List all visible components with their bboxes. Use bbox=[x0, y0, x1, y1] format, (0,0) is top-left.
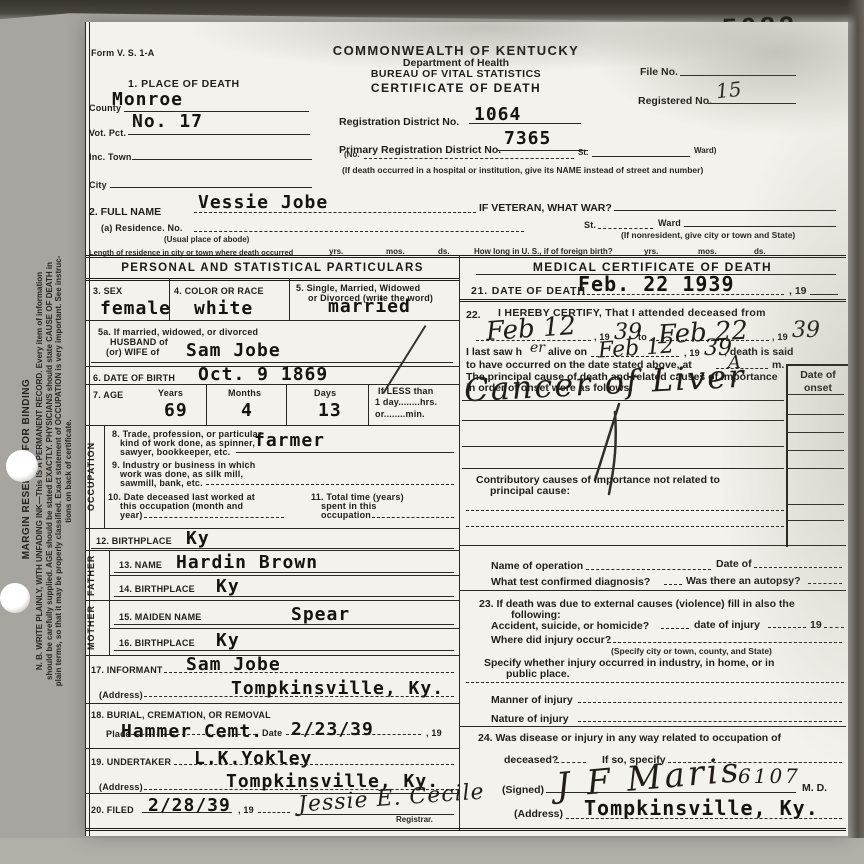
inc-town-label: Inc. Town bbox=[89, 152, 132, 163]
certify-number: 22. bbox=[466, 309, 481, 322]
where-injury-note: (Specify city or town, county, and State… bbox=[611, 646, 772, 656]
row-border bbox=[459, 726, 846, 727]
burial-date-label: Date bbox=[262, 728, 282, 739]
occupation-vertical-label: OCCUPATION bbox=[86, 425, 104, 528]
dod-19-label: , 19 bbox=[789, 285, 807, 298]
race-label: 4. COLOR OR RACE bbox=[174, 286, 289, 297]
residence-label: (a) Residence. No. bbox=[101, 223, 183, 234]
operation-label: Name of operation bbox=[491, 560, 583, 573]
onset-line bbox=[788, 432, 844, 433]
total-time-line bbox=[372, 517, 454, 518]
onset-line bbox=[788, 520, 844, 521]
vot-pct-line bbox=[128, 134, 310, 135]
residence-line bbox=[194, 231, 524, 232]
undertaker-value: L.K.Yokley bbox=[194, 750, 312, 768]
occupation-vertical-cell: OCCUPATION bbox=[86, 425, 105, 528]
row-border bbox=[109, 628, 459, 629]
form-bottom-border bbox=[86, 828, 846, 831]
last-worked-label-3: year) bbox=[120, 510, 143, 521]
mother-vertical-cell: MOTHER bbox=[86, 600, 110, 655]
dob-value: Oct. 9 1869 bbox=[198, 366, 328, 384]
sex-value: female bbox=[100, 300, 171, 318]
full-name-value: Vessie Jobe bbox=[198, 194, 328, 212]
margin-note-line: should be carefully supplied. AGE should… bbox=[45, 101, 55, 841]
onset-line bbox=[788, 394, 844, 395]
burial-place-line bbox=[126, 734, 256, 735]
onset-line bbox=[788, 468, 844, 469]
filed-label: 20. FILED bbox=[91, 805, 134, 816]
specify-line bbox=[466, 682, 844, 683]
margin-note-block: N. B. WRITE PLAINLY, WITH UNFADING INK—T… bbox=[35, 101, 81, 841]
bureau-subtitle: BUREAU OF VITAL STATISTICS bbox=[291, 68, 621, 81]
related-occupation-text: 24. Was disease or injury in any way rel… bbox=[478, 732, 781, 745]
manner-label: Manner of injury bbox=[491, 694, 573, 707]
row-border bbox=[109, 575, 459, 576]
primary-district-value: 7365 bbox=[504, 130, 551, 148]
occurred-m-label: m. bbox=[772, 359, 784, 372]
informant-label: 17. INFORMANT bbox=[91, 665, 163, 676]
specify-text-2: public place. bbox=[506, 668, 570, 681]
registered-no-value: 15 bbox=[715, 77, 743, 104]
residence-ward-label: Ward bbox=[658, 218, 681, 229]
age-cell-border bbox=[368, 384, 369, 425]
primary-district-label: Primary Registration District No. bbox=[339, 144, 501, 157]
spouse-line bbox=[91, 362, 453, 363]
certificate-paper: Form V. S. 1-A 1. PLACE OF DEATH County … bbox=[85, 22, 848, 836]
physician-address-value: Tompkinsville, Ky. bbox=[584, 798, 819, 818]
where-injury-line bbox=[608, 642, 842, 643]
birthplace-line bbox=[91, 548, 454, 549]
signed-label: (Signed) bbox=[502, 784, 544, 797]
injury-19-label: 19 bbox=[810, 619, 822, 632]
father-vertical-cell: FATHER bbox=[86, 550, 110, 600]
onset-line bbox=[788, 450, 844, 451]
where-injury-label: Where did injury occur? bbox=[491, 634, 611, 647]
margin-note-line: tions on back of certificate. bbox=[64, 101, 74, 841]
filed-19-label: , 19 bbox=[238, 805, 254, 816]
nature-line bbox=[578, 721, 842, 722]
birthplace-label: 12. BIRTHPLACE bbox=[96, 536, 172, 547]
physician-address-label: (Address) bbox=[514, 808, 563, 821]
signed-line bbox=[546, 792, 796, 793]
certificate-title: CERTIFICATE OF DEATH bbox=[291, 81, 621, 95]
residence-ward-line bbox=[684, 226, 836, 227]
informant-line bbox=[164, 672, 454, 673]
inc-town-line bbox=[132, 159, 312, 160]
columns-top-border bbox=[86, 255, 846, 258]
residence-st-line bbox=[598, 228, 653, 229]
attended-to-19: , 19 bbox=[772, 332, 788, 343]
registered-no-line bbox=[708, 103, 796, 104]
burial-label: 18. BURIAL, CREMATION, OR REMOVAL bbox=[91, 710, 271, 721]
registration-district-line bbox=[469, 123, 581, 124]
registration-district-label: Registration District No. bbox=[339, 116, 459, 129]
age-days-label: Days bbox=[314, 388, 336, 399]
race-value: white bbox=[194, 300, 253, 318]
contributory-line bbox=[466, 510, 784, 511]
row-border bbox=[86, 703, 459, 704]
dod-row-border bbox=[459, 299, 846, 302]
mother-name-value: Spear bbox=[291, 606, 350, 624]
dob-label: 6. DATE OF BIRTH bbox=[93, 373, 175, 384]
manner-line bbox=[578, 702, 842, 703]
total-time-label-3: occupation bbox=[321, 510, 371, 521]
attended-to-year: 39 bbox=[792, 318, 820, 343]
full-name-line bbox=[194, 212, 476, 213]
onset-label-2: onset bbox=[788, 382, 848, 395]
onset-line bbox=[788, 504, 844, 505]
mother-bp-line bbox=[114, 650, 454, 651]
industry-label-3: sawmill, bank, etc. bbox=[120, 478, 203, 489]
burial-date-line bbox=[286, 734, 421, 735]
spouse-label-3: (or) WIFE of bbox=[106, 347, 159, 358]
father-birthplace-label: 14. BIRTHPLACE bbox=[119, 584, 195, 595]
punch-hole bbox=[0, 583, 30, 613]
row-border bbox=[86, 425, 459, 426]
row-border bbox=[86, 528, 459, 529]
residence-st-label: St. bbox=[584, 220, 596, 231]
age-less-line3: or........min. bbox=[375, 409, 425, 420]
accident-label: Accident, suicide, or homicide? bbox=[491, 620, 649, 633]
father-vertical-label: FATHER bbox=[86, 550, 109, 600]
county-value: Monroe bbox=[112, 91, 183, 109]
age-days-value: 13 bbox=[318, 402, 342, 420]
onset-label-1: Date of bbox=[788, 369, 848, 382]
injury-date-label: date of injury bbox=[694, 619, 760, 632]
undertaker-label: 19. UNDERTAKER bbox=[91, 757, 171, 768]
filed-line bbox=[142, 812, 232, 813]
scan-edge-right bbox=[847, 0, 864, 864]
md-label: M. D. bbox=[802, 782, 827, 795]
accident-line bbox=[661, 628, 689, 629]
autopsy-line bbox=[808, 583, 842, 584]
physician-address-line bbox=[566, 818, 842, 819]
date-of-death-label: 21. DATE OF DEATH bbox=[471, 285, 586, 298]
row-border bbox=[459, 545, 846, 546]
undertaker-address-label: (Address) bbox=[99, 782, 143, 793]
city-st-note: St. bbox=[578, 148, 588, 158]
age-less-line2: 1 day........hrs. bbox=[375, 397, 437, 408]
file-no-label: File No. bbox=[640, 66, 678, 79]
veteran-line bbox=[614, 210, 836, 211]
last-worked-line bbox=[144, 517, 284, 518]
mother-name-label: 15. MAIDEN NAME bbox=[119, 612, 202, 623]
age-months-value: 4 bbox=[241, 402, 253, 420]
trade-value: farmer bbox=[254, 432, 325, 450]
age-label: 7. AGE bbox=[93, 390, 123, 401]
row-border bbox=[86, 384, 459, 385]
informant-address-label: (Address) bbox=[99, 690, 143, 701]
burial-19-label: , 19 bbox=[426, 728, 442, 739]
industry-line bbox=[206, 484, 454, 485]
age-cell-border bbox=[286, 384, 287, 425]
onset-line bbox=[788, 414, 844, 415]
trade-label-3: sawyer, bookkeeper, etc. bbox=[120, 447, 230, 458]
row-border bbox=[86, 600, 459, 601]
father-name-value: Hardin Brown bbox=[176, 554, 318, 572]
city-no-note: (No. bbox=[344, 150, 360, 160]
mother-birthplace-value: Ky bbox=[216, 632, 240, 650]
city-no-line bbox=[364, 158, 574, 159]
test-label: What test confirmed diagnosis? bbox=[491, 576, 650, 589]
spouse-value: Sam Jobe bbox=[186, 342, 281, 360]
trade-line bbox=[236, 452, 454, 453]
father-bp-line bbox=[114, 596, 454, 597]
injury-date-line bbox=[768, 627, 806, 628]
cause-line bbox=[462, 400, 784, 401]
birthplace-value: Ky bbox=[186, 530, 210, 548]
operation-date-line bbox=[754, 567, 842, 568]
row-border bbox=[86, 320, 459, 321]
test-line bbox=[664, 584, 682, 585]
filed-19-line bbox=[258, 812, 290, 813]
hospital-note: (If death occurred in a hospital or inst… bbox=[342, 165, 703, 175]
registrar-label: Registrar. bbox=[396, 815, 433, 825]
city-st-line bbox=[592, 156, 690, 157]
abode-note: (Usual place of abode) bbox=[164, 235, 249, 245]
punch-hole bbox=[6, 450, 38, 482]
last-saw-19: , 19 bbox=[684, 348, 700, 359]
row-border bbox=[459, 590, 846, 591]
dod-19-line bbox=[810, 294, 838, 295]
city-line bbox=[110, 187, 312, 188]
date-of-death-value: Feb. 22 1939 bbox=[578, 274, 735, 294]
sex-label: 3. SEX bbox=[93, 286, 169, 297]
margin-note-line: plain terms, so that it may be properly … bbox=[54, 101, 64, 841]
last-saw-text-1: I last saw h bbox=[466, 346, 522, 359]
operation-date-label: Date of bbox=[716, 558, 752, 571]
personal-section-title: PERSONAL AND STATISTICAL PARTICULARS bbox=[86, 262, 459, 276]
nonresident-note: (If nonresident, give city or town and S… bbox=[621, 230, 795, 240]
column-divider bbox=[459, 255, 460, 830]
veteran-label: IF VETERAN, WHAT WAR? bbox=[479, 202, 612, 215]
age-years-value: 69 bbox=[164, 402, 188, 420]
primary-district-line bbox=[498, 150, 588, 151]
form-number: Form V. S. 1-A bbox=[91, 48, 154, 59]
file-no-line bbox=[680, 75, 796, 76]
mother-birthplace-label: 16. BIRTHPLACE bbox=[119, 638, 195, 649]
row-border bbox=[86, 550, 459, 551]
contributory-text-2: principal cause: bbox=[490, 485, 570, 498]
last-saw-er: er bbox=[530, 340, 545, 356]
burial-place-value: Hammer Cemt. bbox=[121, 723, 263, 741]
vot-pct-label: Vot. Pct. bbox=[89, 128, 126, 139]
age-cell-border bbox=[206, 384, 207, 425]
last-saw-line bbox=[591, 356, 679, 357]
father-name-line bbox=[114, 572, 454, 573]
last-saw-text-2: alive on bbox=[548, 346, 587, 359]
age-months-label: Months bbox=[228, 388, 261, 399]
father-birthplace-value: Ky bbox=[216, 578, 240, 596]
city-label: City bbox=[89, 180, 107, 191]
mother-name-line bbox=[114, 624, 454, 625]
contributory-line bbox=[466, 526, 784, 527]
age-years-label: Years bbox=[158, 388, 183, 399]
date-of-death-line bbox=[572, 294, 784, 295]
marital-value: married bbox=[328, 298, 411, 316]
handwritten-flourish bbox=[581, 402, 641, 502]
physician-number: 6107 bbox=[738, 764, 801, 788]
registered-no-label: Registered No. bbox=[638, 95, 712, 108]
injury-19-line bbox=[824, 627, 844, 628]
full-name-label: 2. FULL NAME bbox=[89, 206, 161, 219]
informant-address-line bbox=[144, 696, 454, 697]
scan-edge-bottom bbox=[0, 838, 864, 864]
mother-vertical-label: MOTHER bbox=[86, 600, 109, 655]
autopsy-label: Was there an autopsy? bbox=[686, 575, 801, 588]
operation-line bbox=[586, 569, 711, 570]
deceased-label: deceased? bbox=[504, 754, 558, 767]
burial-date-value: 2/23/39 bbox=[291, 721, 374, 739]
city-ward-note: Ward) bbox=[694, 146, 716, 156]
registration-district-value: 1064 bbox=[474, 106, 521, 124]
undertaker-line bbox=[174, 764, 454, 765]
father-name-label: 13. NAME bbox=[119, 560, 162, 571]
vot-pct-value: No. 17 bbox=[132, 113, 203, 131]
nature-label: Nature of injury bbox=[491, 713, 569, 726]
